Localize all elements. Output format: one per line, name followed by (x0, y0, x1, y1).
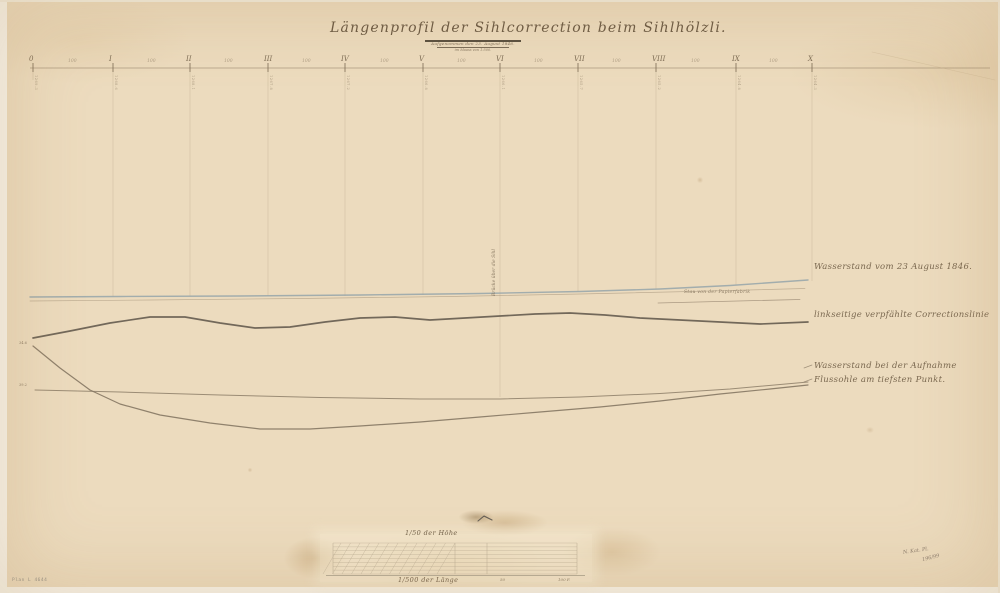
annotation-wasserstand-1846: Wasserstand vom 23 August 1846. (814, 262, 972, 272)
interval-100-label: 100 (302, 59, 311, 64)
station-figures: 1267.8 (269, 75, 273, 90)
station-figures: 1268.1 (191, 75, 195, 90)
interval-100-label: 100 (457, 59, 466, 64)
ruler-labels-layer: 01269.3I1268.6II1268.1III1267.8IV1267.2V… (0, 0, 1000, 593)
station-figures: 1265.7 (579, 75, 583, 90)
annotation-flussohle: Flussohle am tiefsten Punkt. (814, 375, 945, 385)
annotation-wasserstand-aufnahme: Wasserstand bei der Aufnahme (814, 361, 957, 371)
scanned-plan-sheet: Längenprofil der Sihlcorrection beim Sih… (0, 0, 1000, 593)
archive-stamp: Plan L 4644 (12, 578, 47, 583)
station-label: VI (496, 55, 504, 63)
station-label: IX (732, 55, 740, 63)
annotation-stau-papierfabrik: Stau von der Papierfabrik (684, 290, 750, 295)
station-figures: 1264.8 (737, 75, 741, 90)
left-datum-figure-upper: 34.6 (19, 341, 27, 345)
station-label: I (109, 55, 112, 63)
scale-height-label: 1/50 der Höhe (405, 529, 458, 537)
station-figures: 1268.6 (114, 75, 118, 90)
interval-100-label: 100 (147, 59, 156, 64)
station-figures: 1269.3 (34, 75, 38, 90)
left-datum-figure-lower: 39.2 (19, 383, 27, 387)
station-label: VII (574, 55, 585, 63)
station-label: VIII (652, 55, 665, 63)
interval-100-label: 100 (380, 59, 389, 64)
station-label: V (419, 55, 424, 63)
annotation-correctionslinie: linkseitige verpfählte Correctionslinie (814, 310, 989, 320)
scale-length-label: 1/500 der Länge (398, 576, 458, 584)
scale-tick-end: 100 F. (558, 577, 570, 582)
station-label: X (808, 55, 813, 63)
station-label: II (186, 55, 192, 63)
interval-100-label: 100 (691, 59, 700, 64)
station-figures: 1266.1 (501, 75, 505, 90)
scale-tick-mid: 50 (500, 577, 505, 582)
station-figures: 1266.8 (424, 75, 428, 90)
station-label: 0 (29, 55, 33, 63)
station-figures: 1264.3 (813, 75, 817, 90)
station-label: IV (341, 55, 349, 63)
station-figures: 1267.2 (346, 75, 350, 90)
interval-100-label: 100 (224, 59, 233, 64)
station-figures: 1265.2 (657, 75, 661, 90)
annotation-bruecke-rotated: Brücke über die Sihl (492, 249, 497, 296)
scale-inset-patch (320, 534, 592, 582)
station-label: III (264, 55, 272, 63)
interval-100-label: 100 (68, 59, 77, 64)
interval-100-label: 100 (769, 59, 778, 64)
interval-100-label: 100 (612, 59, 621, 64)
interval-100-label: 100 (534, 59, 543, 64)
